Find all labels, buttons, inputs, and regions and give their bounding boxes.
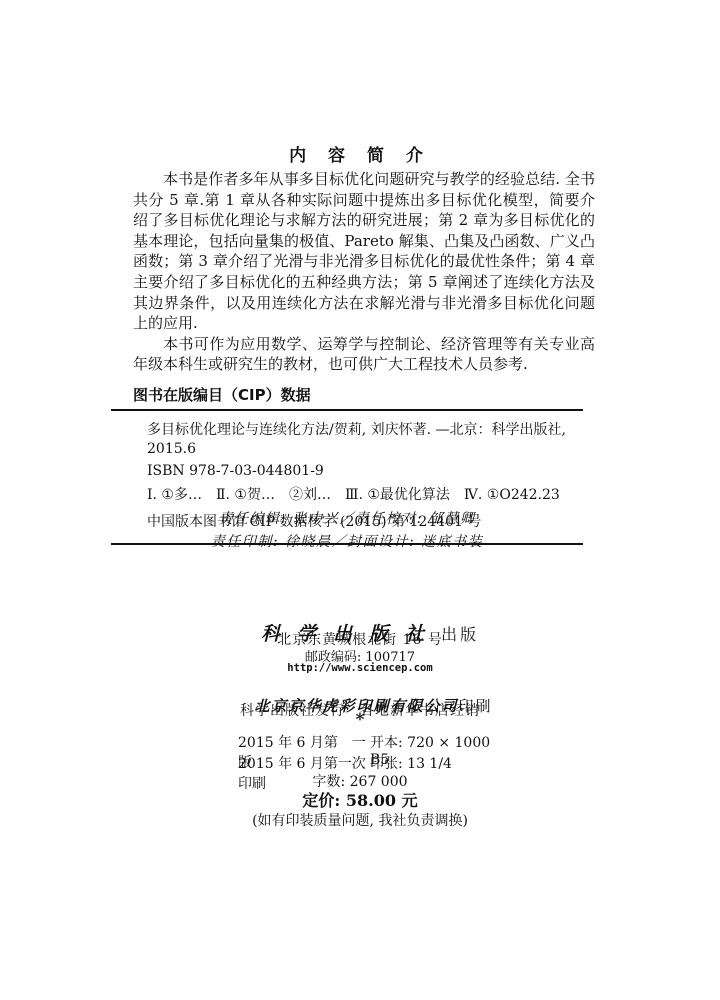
price: 定价: 58.00 元 [0, 788, 720, 811]
credits-line-2: 责任印制: 徐晓晨／封面设计: 迷底书装 [111, 531, 583, 554]
quality-note: (如有印装质量问题, 我社负责调换) [0, 810, 720, 830]
cip-isbn: ISBN 978-7-03-044801-9 [147, 462, 583, 481]
intro-paragraph-2: 本书可作为应用数学、运筹学与控制论、经济管理等有关专业高年级本科生或研究生的教材… [133, 334, 595, 375]
separator-asterisk: * [0, 710, 720, 730]
cip-classification: Ⅰ. ①多… Ⅱ. ①贺… ②刘… Ⅲ. ①最优化算法 Ⅳ. ①O242.23 [147, 486, 583, 505]
intro-paragraph-1: 本书是作者多年从事多目标优化问题研究与教学的经验总结. 全书共分 5 章.第 1… [133, 169, 595, 334]
cip-heading: 图书在版编目（CIP）数据 [111, 386, 583, 405]
credits-line-1: 责任编辑: 张中兴／责任校对: 邹慧卿 [111, 508, 583, 531]
publisher-website: http://www.sciencep.com [0, 662, 720, 674]
editorial-credits: 责任编辑: 张中兴／责任校对: 邹慧卿 责任印制: 徐晓晨／封面设计: 迷底书装 [111, 508, 583, 554]
copyright-page: 内 容 简 介 本书是作者多年从事多目标优化问题研究与教学的经验总结. 全书共分… [0, 0, 720, 1000]
intro-title: 内 容 简 介 [0, 141, 720, 166]
cip-title-line: 多目标优化理论与连续化方法/贺莉, 刘庆怀著. —北京：科学出版社, 2015.… [147, 421, 583, 459]
intro-body: 本书是作者多年从事多目标优化问题研究与教学的经验总结. 全书共分 5 章.第 1… [133, 169, 595, 375]
